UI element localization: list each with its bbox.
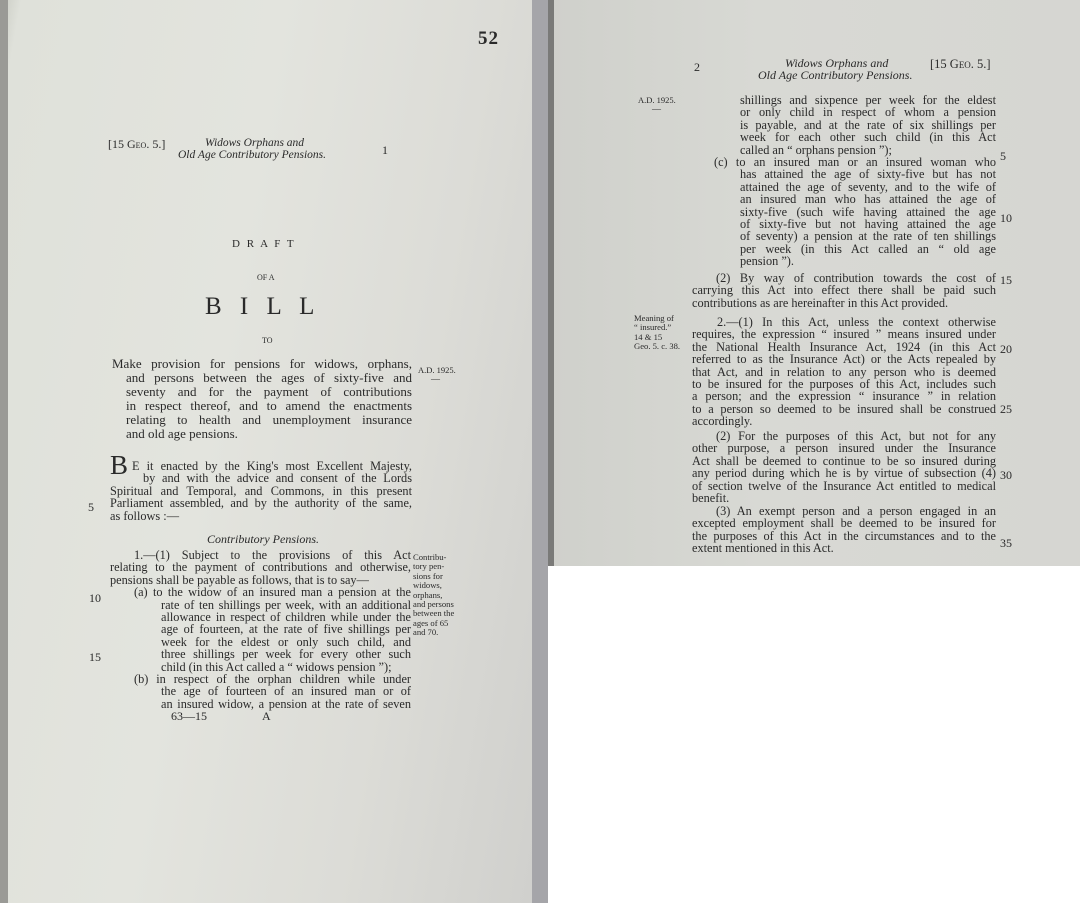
enacting-formula: E it enacted by the King's most Excellen… xyxy=(110,460,412,522)
margin-note-line: and 70. xyxy=(413,628,454,637)
section-line: week for each other such child (in this … xyxy=(740,131,996,143)
section-line: other purpose, a person insured under th… xyxy=(692,442,996,454)
date-dash: — xyxy=(431,374,440,384)
line-number: 10 xyxy=(1000,211,1012,226)
signature-mark: A xyxy=(262,709,271,724)
section-line: excepted employment shall be deemed to b… xyxy=(692,517,996,529)
running-title-line2: Old Age Contributory Pensions. xyxy=(758,68,912,83)
right-page-scan: 2 Widows Orphans and Old Age Contributor… xyxy=(548,0,1080,566)
enacting-line: by and with the advice and consent of th… xyxy=(110,472,412,484)
section-line: of section twelve of the Insurance Act e… xyxy=(692,480,996,492)
line-number: 5 xyxy=(88,500,94,515)
section-1-margin-note: Contribu- tory pen- sions for widows, or… xyxy=(413,553,454,638)
section-line: of seventy) a pension at the rate of ten… xyxy=(714,230,996,242)
section-line: age of fourteen, at the rate of five shi… xyxy=(110,623,411,635)
date-dash: — xyxy=(652,104,661,114)
section-line: has attained the age of sixty-five but h… xyxy=(714,168,996,180)
line-number: 10 xyxy=(89,591,101,606)
line-number: 20 xyxy=(1000,342,1012,357)
paragraph-c: (c) to an insured man or an insured woma… xyxy=(714,156,996,268)
section-line: any period during which he is by virtue … xyxy=(692,467,996,479)
section-line: accordingly. xyxy=(692,415,996,427)
section-line: an insured widow, a pension at the rate … xyxy=(110,698,411,710)
section-line: the age of fourteen of an insured man or… xyxy=(110,685,411,697)
enacting-line: as follows :— xyxy=(110,510,412,522)
line-number: 30 xyxy=(1000,468,1012,483)
print-reference: 63—15 xyxy=(171,709,207,724)
archive-stamp-number: 52 xyxy=(478,28,499,50)
section-line: a person; and the expression “ insurance… xyxy=(692,390,996,402)
section-line: (a) to the widow of an insured man a pen… xyxy=(110,586,411,598)
running-title-line2: Old Age Contributory Pensions. xyxy=(178,149,326,161)
section-line: extent mentioned in this Act. xyxy=(692,542,996,554)
of-a-heading: OF A xyxy=(257,273,275,282)
long-title-line: and old age pensions. xyxy=(112,427,412,441)
bill-heading: B I L L xyxy=(205,293,320,321)
section-line: requires, the expression “ insured ” mea… xyxy=(692,328,996,340)
paragraph-b-continued: shillings and sixpence per week for the … xyxy=(740,94,996,156)
line-number: 15 xyxy=(1000,273,1012,288)
regnal-year: [15 Geo. 5.] xyxy=(930,57,991,72)
long-title-line: and persons between the ages of sixty-fi… xyxy=(112,371,412,385)
line-number: 5 xyxy=(1000,149,1006,164)
section-line: contributions as are hereinafter in this… xyxy=(692,297,996,309)
section-line: relating to the payment of contributions… xyxy=(110,561,411,573)
long-title-line: seventy and for the payment of contribut… xyxy=(112,385,412,399)
long-title-line: relating to health and unemployment insu… xyxy=(112,413,412,427)
to-heading: TO xyxy=(262,336,273,345)
section-line: three shillings per week for every other… xyxy=(110,648,411,660)
regnal-year: [15 Geo. 5.] xyxy=(108,137,165,152)
long-title: Make provision for pensions for widows, … xyxy=(112,357,412,442)
section-line: an insured man who has attained the age … xyxy=(714,193,996,205)
draft-heading: D R A F T xyxy=(232,238,296,250)
section-2-subsection-3: (3) An exempt person and a person engage… xyxy=(692,505,996,555)
margin-note-line: Geo. 5. c. 38. xyxy=(634,342,680,351)
section-line: or only child in respect of whom a pensi… xyxy=(740,106,996,118)
section-line: referred to as the Insurance Act) or the… xyxy=(692,353,996,365)
enacting-line: Parliament assembled, and by the authori… xyxy=(110,497,412,509)
running-title-line1: Widows Orphans and xyxy=(205,137,304,149)
section-line: carrying this Act into effect there shal… xyxy=(692,284,996,296)
long-title-line: in respect thereof, and to amend the ena… xyxy=(112,399,412,413)
page-number: 2 xyxy=(694,60,700,75)
section-2-margin-note: Meaning of “ insured.” 14 & 15 Geo. 5. c… xyxy=(634,314,680,352)
page-number: 1 xyxy=(382,143,388,158)
section-1: 1.—(1) Subject to the provisions of this… xyxy=(110,549,411,710)
section-2: 2.—(1) In this Act, unless the context o… xyxy=(692,316,996,428)
section-2-subsection-2: (2) For the purposes of this Act, but no… xyxy=(692,430,996,504)
line-number: 25 xyxy=(1000,402,1012,417)
line-number: 35 xyxy=(1000,536,1012,551)
section-line: pension ”). xyxy=(714,255,996,267)
long-title-line: Make provision for pensions for widows, … xyxy=(112,357,412,371)
section-line: benefit. xyxy=(692,492,996,504)
line-number: 15 xyxy=(89,650,101,665)
subsection-2: (2) By way of contribution towards the c… xyxy=(692,272,996,309)
part-heading: Contributory Pensions. xyxy=(207,532,319,547)
left-page-scan: 52 [15 Geo. 5.] Widows Orphans and Old A… xyxy=(0,0,548,903)
